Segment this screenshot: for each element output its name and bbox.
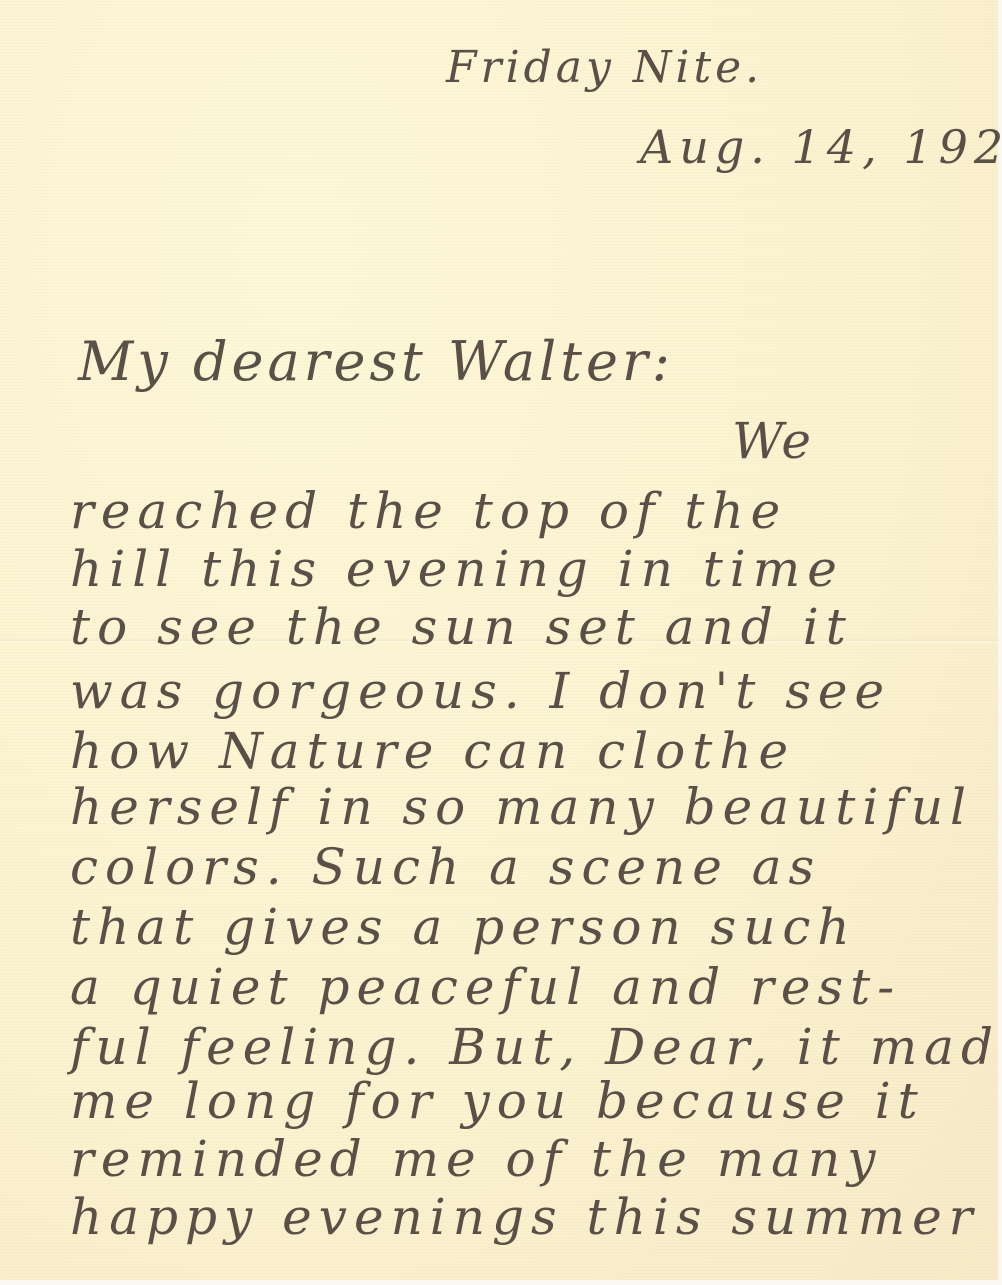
- body-line: how Nature can clothe: [70, 722, 795, 780]
- dateline-day: Friday Nite.: [446, 42, 763, 93]
- body-line: colors. Such a scene as: [70, 838, 821, 896]
- body-line: ful feeling. But, Dear, it made: [70, 1018, 1002, 1076]
- body-line: me long for you because it: [70, 1072, 925, 1130]
- body-line: a quiet peaceful and rest-: [70, 958, 901, 1016]
- body-line: that gives a person such: [70, 898, 857, 956]
- body-line: to see the sun set and it: [70, 598, 853, 656]
- body-line: was gorgeous. I don't see: [70, 662, 891, 720]
- body-start-word: We: [732, 412, 813, 470]
- body-line: reminded me of the many: [70, 1130, 882, 1188]
- dateline-date: Aug. 14, 1925.: [640, 120, 1002, 174]
- body-line: happy evenings this summer: [70, 1188, 980, 1246]
- body-line: hill this evening in time: [70, 540, 844, 598]
- letter-page: Friday Nite. Aug. 14, 1925. My dearest W…: [0, 0, 998, 1280]
- body-line: reached the top of the: [70, 482, 787, 540]
- body-line: herself in so many beautiful: [70, 778, 973, 836]
- salutation: My dearest Walter:: [78, 330, 674, 393]
